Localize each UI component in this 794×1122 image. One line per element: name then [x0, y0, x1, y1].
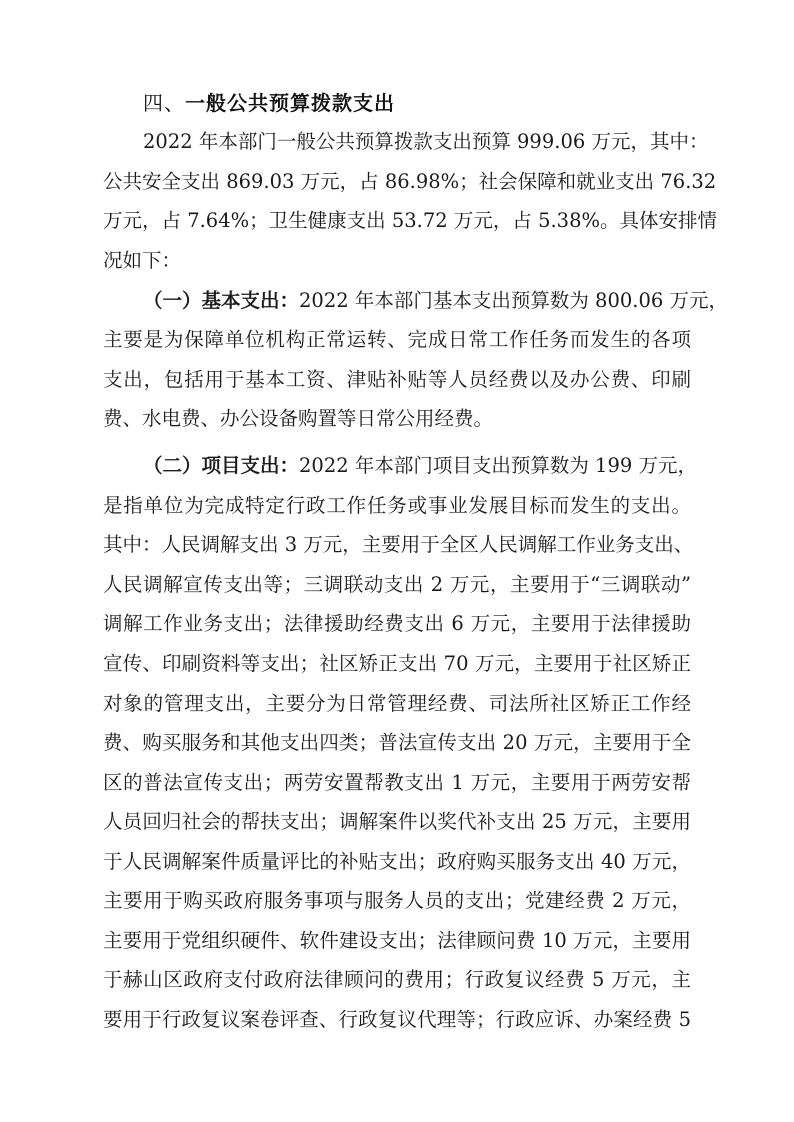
project-expense-text-1: 2022 年本部门项目支出预算数为 199 万元， — [299, 454, 697, 477]
project-expense-line-14: 于赫山区政府支付政府法律顾问的费用；行政复议经费 5 万元，主 — [103, 965, 691, 995]
summary-line-1: 2022 年本部门一般公共预算拨款支出预算 999.06 万元，其中： — [143, 127, 691, 157]
project-expense-line-8: 费、购买服务和其他支出四类；普法宣传支出 20 万元，主要用于全 — [103, 728, 691, 758]
summary-line-2: 公共安全支出 869.03 万元，占 86.98%；社会保障和就业支出 76.3… — [103, 167, 691, 197]
project-expense-line-2: 是指单位为完成特定行政工作任务或事业发展目标而发生的支出。 — [103, 491, 691, 521]
project-expense-line-5: 调解工作业务支出；法律援助经费支出 6 万元，主要用于法律援助 — [103, 609, 691, 639]
basic-expense-line-4: 费、水电费、办公设备购置等日常公用经费。 — [103, 404, 691, 434]
project-expense-line-12: 主要用于购买政府服务事项与服务人员的支出；党建经费 2 万元， — [103, 886, 691, 916]
project-expense-line-9: 区的普法宣传支出；两劳安置帮教支出 1 万元，主要用于两劳安帮 — [103, 768, 691, 798]
project-expense-line-7: 对象的管理支出，主要分为日常管理经费、司法所社区矫正工作经 — [103, 689, 691, 719]
basic-expense-label: （一）基本支出： — [143, 289, 299, 312]
basic-expense-text-1: 2022 年本部门基本支出预算数为 800.06 万元， — [299, 289, 728, 312]
document-page: 四、一般公共预算拨款支出 2022 年本部门一般公共预算拨款支出预算 999.0… — [0, 0, 794, 1122]
project-expense-line-1: （二）项目支出：2022 年本部门项目支出预算数为 199 万元， — [143, 451, 691, 481]
summary-line-3: 万元，占 7.64%；卫生健康支出 53.72 万元，占 5.38%。具体安排情 — [103, 206, 691, 236]
project-expense-line-4: 人民调解宣传支出等；三调联动支出 2 万元，主要用于“三调联动” — [103, 570, 691, 600]
project-expense-line-13: 主要用于党组织硬件、软件建设支出；法律顾问费 10 万元，主要用 — [103, 926, 691, 956]
summary-line-4: 况如下： — [103, 246, 691, 276]
section-heading: 四、一般公共预算拨款支出 — [143, 88, 395, 118]
project-expense-line-11: 于人民调解案件质量评比的补贴支出；政府购买服务支出 40 万元， — [103, 847, 691, 877]
basic-expense-line-1: （一）基本支出：2022 年本部门基本支出预算数为 800.06 万元， — [143, 286, 691, 316]
basic-expense-line-2: 主要是为保障单位机构正常运转、完成日常工作任务而发生的各项 — [103, 325, 691, 355]
basic-expense-line-3: 支出，包括用于基本工资、津贴补贴等人员经费以及办公费、印刷 — [103, 365, 691, 395]
project-expense-label: （二）项目支出： — [143, 454, 299, 477]
project-expense-line-3: 其中：人民调解支出 3 万元，主要用于全区人民调解工作业务支出、 — [103, 530, 691, 560]
section-number: 四、 — [143, 91, 185, 115]
project-expense-line-15: 要用于行政复议案卷评查、行政复议代理等；行政应诉、办案经费 5 — [103, 1005, 691, 1035]
project-expense-line-10: 人员回归社会的帮扶支出；调解案件以奖代补支出 25 万元，主要用 — [103, 807, 691, 837]
section-title: 一般公共预算拨款支出 — [185, 91, 395, 115]
project-expense-line-6: 宣传、印刷资料等支出；社区矫正支出 70 万元，主要用于社区矫正 — [103, 649, 691, 679]
